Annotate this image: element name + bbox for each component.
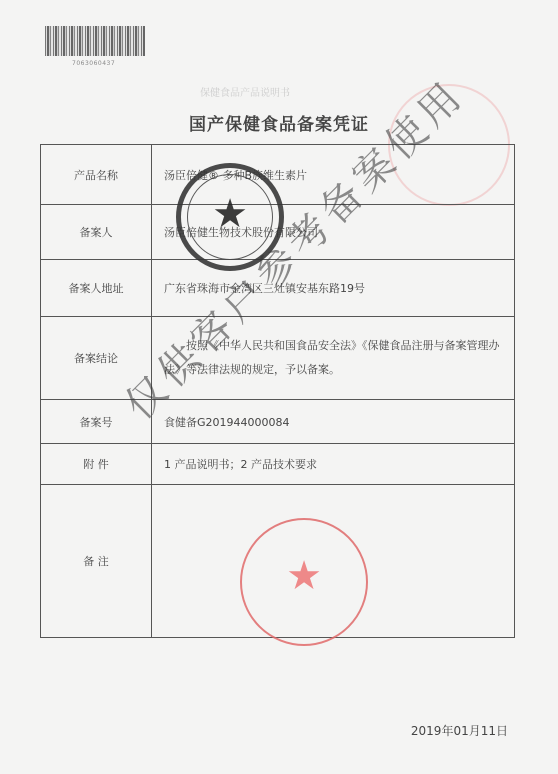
star-icon: ★ xyxy=(242,556,366,596)
filing-number-value: 食健备G201944000084 xyxy=(152,400,515,444)
ghost-heading: 保健食品产品说明书 xyxy=(200,84,290,99)
barcode xyxy=(45,26,145,56)
row-label: 附 件 xyxy=(41,444,152,485)
row-label: 备 注 xyxy=(41,485,152,638)
issue-date: 2019年01月11日 xyxy=(411,722,508,739)
row-label: 备案人地址 xyxy=(41,260,152,317)
attachments-value: 1 产品说明书；2 产品技术要求 xyxy=(152,444,515,485)
row-label: 产品名称 xyxy=(41,145,152,205)
barcode-number: 7063060437 xyxy=(72,60,115,67)
star-icon: ★ xyxy=(181,194,279,234)
row-label: 备案人 xyxy=(41,205,152,260)
table-row: 附 件 1 产品说明书；2 产品技术要求 xyxy=(41,444,515,485)
document-title: 国产保健食品备案凭证 xyxy=(0,110,558,135)
table-row: 备案号 食健备G201944000084 xyxy=(41,400,515,444)
retail-seal: ★ xyxy=(240,518,368,646)
